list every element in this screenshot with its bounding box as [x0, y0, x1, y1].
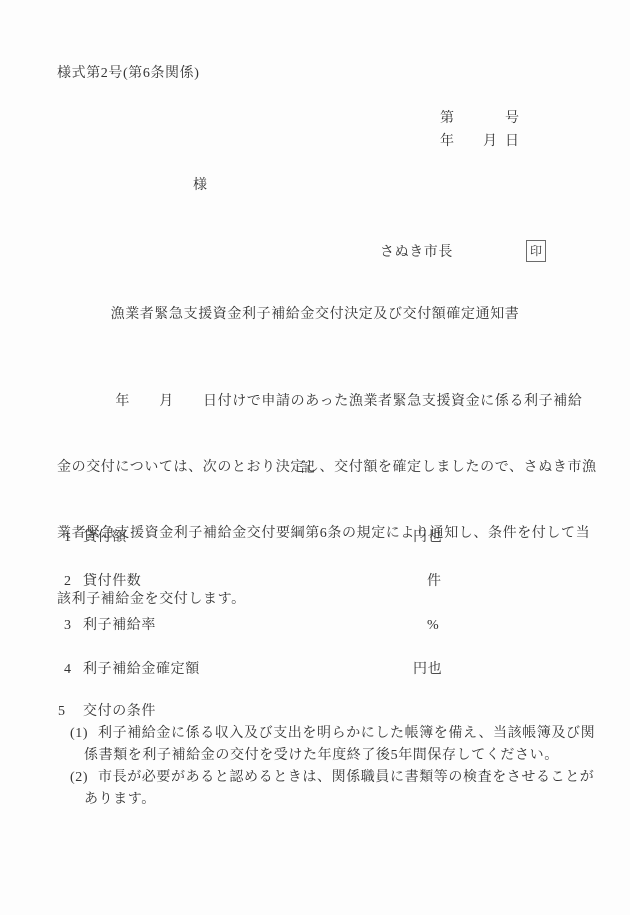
ki-separator: 記 — [0, 459, 616, 479]
date-year-label: 年 — [440, 132, 455, 152]
clause-1-continuation: 係書類を利子補給金の交付を受けた年度終了後5年間保存してください。 — [84, 746, 559, 766]
item-number: 2 — [64, 572, 72, 592]
seal-box: 印 — [526, 240, 546, 262]
section5-label: 交付の条件 — [83, 702, 156, 722]
item-number: 4 — [64, 660, 72, 680]
body-line: 該利子補給金を交付します。 — [57, 589, 577, 611]
item-row-confirmed-amount: 4 利子補給金確定額 円也 — [0, 660, 630, 680]
doc-number-prefix: 第 — [440, 109, 455, 129]
clause-1-text: 利子補給金に係る収入及び支出を明らかにした帳簿を備え、当該帳簿及び関 — [98, 724, 595, 744]
date-day-label: 日 — [505, 132, 520, 152]
recipient-honorific: 様 — [193, 176, 208, 196]
item-unit: 件 — [427, 572, 442, 592]
section5-heading: 5 交付の条件 — [0, 702, 630, 722]
item-unit: 円也 — [413, 528, 442, 548]
document-title: 漁業者緊急支援資金利子補給金交付決定及び交付額確定通知書 — [0, 305, 630, 325]
item-unit: % — [427, 616, 439, 636]
date-month-label: 月 — [483, 132, 498, 152]
clause-2-text: 市長が必要があると認めるときは、関係職員に書類等の検査をさせることが — [98, 768, 594, 788]
item-unit: 円也 — [413, 660, 442, 680]
clause-2-continuation: あります。 — [84, 790, 156, 810]
body-line: 年 月 日付けで申請のあった漁業者緊急支援資金に係る利子補給 — [57, 391, 577, 413]
item-label: 利子補給率 — [83, 616, 156, 636]
form-number: 様式第2号(第6条関係) — [57, 64, 200, 84]
clause-1-line-1: (1) 利子補給金に係る収入及び支出を明らかにした帳簿を備え、当該帳簿及び関 — [0, 724, 630, 744]
clause-2-marker: (2) — [70, 768, 88, 788]
body-paragraph: 年 月 日付けで申請のあった漁業者緊急支援資金に係る利子補給 金の交付については… — [57, 347, 577, 655]
clause-2-line-2: あります。 — [0, 790, 630, 810]
item-number: 1 — [64, 528, 72, 548]
clause-1-marker: (1) — [70, 724, 88, 744]
item-label: 利子補給金確定額 — [83, 660, 200, 680]
clause-1-line-2: 係書類を利子補給金の交付を受けた年度終了後5年間保存してください。 — [0, 746, 630, 766]
item-row-loan-amount: 1 貸付額 円也 — [0, 528, 630, 548]
seal-icon: 印 — [530, 244, 542, 258]
item-row-loan-count: 2 貸付件数 件 — [0, 572, 630, 592]
issuer-title: さぬき市長 — [380, 243, 453, 263]
item-label: 貸付額 — [83, 528, 127, 548]
item-row-subsidy-rate: 3 利子補給率 % — [0, 616, 630, 636]
section5-number: 5 — [58, 702, 66, 722]
clause-2-line-1: (2) 市長が必要があると認めるときは、関係職員に書類等の検査をさせることが — [0, 768, 630, 788]
doc-number-suffix: 号 — [505, 109, 520, 129]
document-page: 様式第2号(第6条関係) 第 号 年 月 日 様 さぬき市長 印 漁業者緊急支援… — [0, 0, 630, 915]
item-label: 貸付件数 — [83, 572, 141, 592]
item-number: 3 — [64, 616, 72, 636]
